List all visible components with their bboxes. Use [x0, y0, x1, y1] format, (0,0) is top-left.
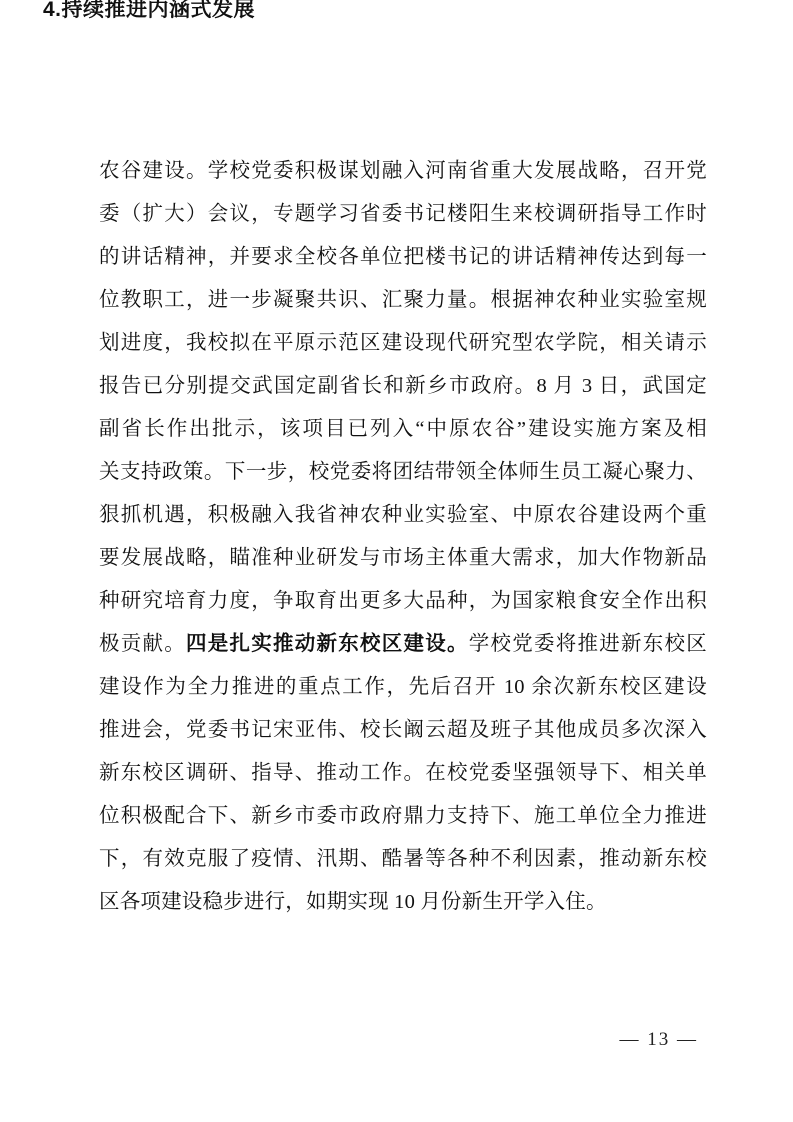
- text-line: 极贡献。四是扎实推动新东校区建设。学校党委将推进新东校区: [99, 623, 707, 666]
- text-segment: 下，有效克服了疫情、汛期、酷暑等各种不利因素，推动新东校: [99, 848, 707, 870]
- text-line: 位积极配合下、新乡市委市政府鼎力支持下、施工单位全力推进: [99, 795, 707, 838]
- text-line: 推进会，党委书记宋亚伟、校长阚云超及班子其他成员多次深入: [99, 709, 707, 752]
- text-line: 划进度，我校拟在平原示范区建设现代研究型农学院，相关请示: [99, 322, 707, 365]
- text-segment: 农谷建设。学校党委积极谋划融入河南省重大发展战略，召开党: [99, 160, 707, 182]
- text-segment: 狠抓机遇，积极融入我省神农种业实验室、中原农谷建设两个重: [99, 504, 707, 526]
- text-line: 狠抓机遇，积极融入我省神农种业实验室、中原农谷建设两个重: [99, 494, 707, 537]
- body-paragraph: 农谷建设。学校党委积极谋划融入河南省重大发展战略，召开党委（扩大）会议，专题学习…: [99, 150, 707, 924]
- text-line: 位教职工，进一步凝聚共识、汇聚力量。根据神农种业实验室规: [99, 279, 707, 322]
- text-line: 委（扩大）会议，专题学习省委书记楼阳生来校调研指导工作时: [99, 193, 707, 236]
- text-line: 种研究培育力度，争取育出更多大品种，为国家粮食安全作出积: [99, 580, 707, 623]
- document-page: 农谷建设。学校党委积极谋划融入河南省重大发展战略，召开党委（扩大）会议，专题学习…: [0, 0, 793, 1122]
- text-segment: 要发展战略，瞄准种业研发与市场主体重大需求，加大作物新品: [99, 547, 707, 569]
- text-segment: 建设作为全力推进的重点工作，先后召开 10 余次新东校区建设: [99, 676, 707, 698]
- text-segment: 推进会，党委书记宋亚伟、校长阚云超及班子其他成员多次深入: [99, 719, 707, 741]
- text-line: 下，有效克服了疫情、汛期、酷暑等各种不利因素，推动新东校: [99, 838, 707, 881]
- section-heading: 4.持续推进内涵式发展: [43, 0, 793, 31]
- text-line: 的讲话精神，并要求全校各单位把楼书记的讲话精神传达到每一: [99, 236, 707, 279]
- text-segment: 位积极配合下、新乡市委市政府鼎力支持下、施工单位全力推进: [99, 805, 707, 827]
- text-line: 区各项建设稳步进行，如期实现 10 月份新生开学入住。: [99, 881, 707, 924]
- text-segment: 学校党委将推进新东校区: [469, 633, 707, 655]
- text-segment: 报告已分别提交武国定副省长和新乡市政府。8 月 3 日，武国定: [99, 375, 707, 397]
- text-segment: 关支持政策。下一步，校党委将团结带领全体师生员工凝心聚力、: [99, 461, 707, 483]
- page-number: — 13 —: [620, 1028, 699, 1052]
- text-line: 要发展战略，瞄准种业研发与市场主体重大需求，加大作物新品: [99, 537, 707, 580]
- text-segment: 极贡献。: [99, 633, 186, 655]
- text-line: 报告已分别提交武国定副省长和新乡市政府。8 月 3 日，武国定: [99, 365, 707, 408]
- text-segment: 的讲话精神，并要求全校各单位把楼书记的讲话精神传达到每一: [99, 246, 707, 268]
- text-segment: 划进度，我校拟在平原示范区建设现代研究型农学院，相关请示: [99, 332, 707, 354]
- text-line: 关支持政策。下一步，校党委将团结带领全体师生员工凝心聚力、: [99, 451, 707, 494]
- text-segment: 委（扩大）会议，专题学习省委书记楼阳生来校调研指导工作时: [99, 203, 707, 225]
- text-line: 新东校区调研、指导、推动工作。在校党委坚强领导下、相关单: [99, 752, 707, 795]
- text-segment: 新东校区调研、指导、推动工作。在校党委坚强领导下、相关单: [99, 762, 707, 784]
- text-segment: 副省长作出批示，该项目已列入“中原农谷”建设实施方案及相: [99, 418, 707, 440]
- text-line: 农谷建设。学校党委积极谋划融入河南省重大发展战略，召开党: [99, 150, 707, 193]
- text-line: 建设作为全力推进的重点工作，先后召开 10 余次新东校区建设: [99, 666, 707, 709]
- text-line: 副省长作出批示，该项目已列入“中原农谷”建设实施方案及相: [99, 408, 707, 451]
- text-segment: 种研究培育力度，争取育出更多大品种，为国家粮食安全作出积: [99, 590, 707, 612]
- text-segment: 区各项建设稳步进行，如期实现 10 月份新生开学入住。: [99, 891, 607, 913]
- bold-text-segment: 四是扎实推动新东校区建设。: [186, 633, 469, 655]
- text-segment: 位教职工，进一步凝聚共识、汇聚力量。根据神农种业实验室规: [99, 289, 707, 311]
